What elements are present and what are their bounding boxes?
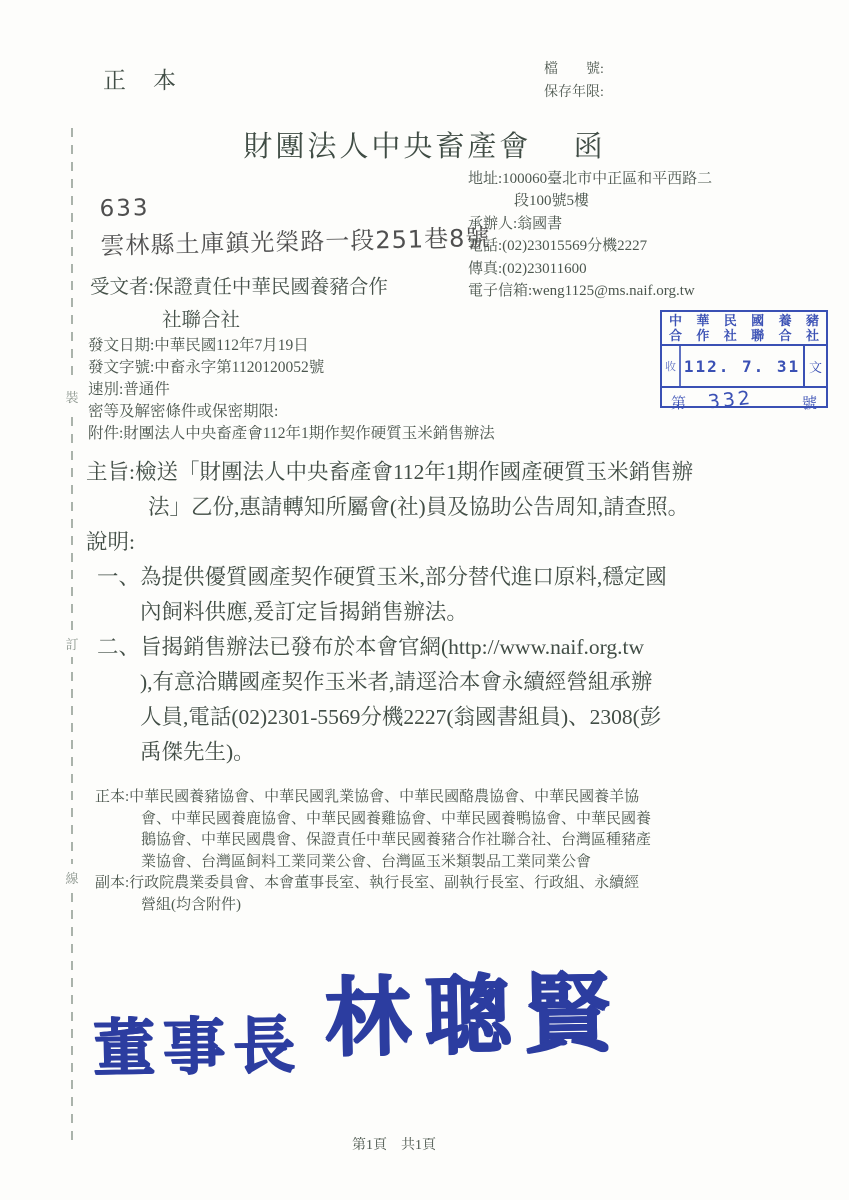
stamp-org-char: 社 [806, 329, 819, 344]
recipient-block: 受文者:保證責任中華民國養豬合作 社聯合社 [90, 271, 388, 337]
receipt-stamp: 中 華 民 國 養 豬 合 作 社 聯 合 社 收 112. 7. 31 文 第 [660, 310, 828, 408]
stamp-org-char: 聯 [751, 329, 764, 344]
attachment-note: 附件:財團法人中央畜產會112年1期作契作硬質玉米銷售辦法 [88, 423, 495, 445]
receipt-stamp-org-name: 中 華 民 國 養 豬 合 作 社 聯 合 社 [662, 312, 826, 346]
sender-info-block: 地址:100060臺北市中正區和平西路二 段100號5樓 承辦人:翁國書 電話:… [468, 168, 712, 302]
recipient-line1: 受文者:保證責任中華民國養豬合作 [90, 271, 388, 304]
sender-email: 電子信箱:weng1125@ms.naif.org.tw [468, 280, 712, 302]
subject-line: 主旨:檢送「財團法人中央畜產會112年1期作國產硬質玉米銷售辦 [86, 455, 786, 490]
stamp-org-char: 豬 [806, 314, 819, 329]
stamp-org-char: 作 [696, 329, 709, 344]
reference-number: 發文字號:中畜永字第1120120052號 [88, 357, 495, 379]
distribution-list: 正本:中華民國養豬協會、中華民國乳業協會、中華民國酪農協會、中華民國養羊協 會、… [95, 787, 651, 916]
stamp-receive-char: 收 [662, 346, 681, 386]
copy-recipients-line: 營組(均含附件) [95, 895, 651, 917]
priority-level: 速別:普通件 [88, 379, 495, 401]
letter-body: 主旨:檢送「財團法人中央畜產會112年1期作國產硬質玉米銷售辦 法」乙份,惠請轉… [86, 455, 786, 770]
binding-char-zhuang: 裝 [63, 383, 81, 410]
file-number-label: 檔 號: [544, 58, 604, 81]
file-number-block: 檔 號: 保存年限: [544, 58, 604, 104]
retention-period-label: 保存年限: [544, 81, 604, 104]
serial-prefix: 第 [671, 392, 686, 413]
document-title: 財團法人中央畜產會 函 [0, 124, 849, 165]
issue-date: 發文日期:中華民國112年7月19日 [88, 335, 495, 357]
sender-address-line2: 段100號5樓 [468, 190, 712, 212]
stamp-org-char: 民 [724, 314, 737, 329]
document-meta-block: 發文日期:中華民國112年7月19日 發文字號:中畜永字第1120120052號… [88, 335, 495, 445]
serial-number: 332 [707, 387, 754, 414]
stamp-org-char: 國 [751, 314, 764, 329]
signature-name: 林聰賢 [323, 965, 625, 1066]
serial-suffix: 號 [802, 392, 817, 413]
original-recipients-line: 業協會、台灣區飼料工業同業公會、台灣區玉米類製品工業同業公會 [95, 852, 651, 874]
binding-char-ding: 訂 [63, 630, 81, 657]
scanned-official-letter: 正 本 檔 號: 保存年限: 財團法人中央畜產會 函 地址:100060臺北市中… [0, 0, 849, 1200]
stamp-org-char: 社 [724, 329, 737, 344]
recipient-line2: 社聯合社 [90, 304, 388, 337]
stamp-org-char: 中 [669, 314, 682, 329]
original-recipients-line: 鵝協會、中華民國農會、保證責任中華民國養豬合作社聯合社、台灣區種豬產 [95, 830, 651, 852]
copy-recipients-line: 副本:行政院農業委員會、本會董事長室、執行長室、副執行長室、行政組、永續經 [95, 873, 651, 895]
explanation-item2-line: 人員,電話(02)2301-5569分機2227(翁國書組員)、2308(彭 [86, 700, 786, 735]
sender-contact-person: 承辦人:翁國書 [468, 213, 712, 235]
signature-job-title: 董事長 [92, 1012, 303, 1084]
original-recipients-line: 正本:中華民國養豬協會、中華民國乳業協會、中華民國酪農協會、中華民國養羊協 [95, 787, 651, 809]
original-recipients-line: 會、中華民國養鹿協會、中華民國養雞協會、中華民國養鴨協會、中華民國養 [95, 809, 651, 831]
handwritten-postal-code: 633 [99, 188, 490, 222]
receipt-stamp-date: 112. 7. 31 [681, 346, 803, 386]
stamp-document-char: 文 [803, 346, 826, 386]
receipt-stamp-date-row: 收 112. 7. 31 文 [662, 346, 826, 388]
explanation-item1-line: 內飼料供應,爰訂定旨揭銷售辦法。 [86, 595, 786, 630]
stamp-org-char: 合 [779, 329, 792, 344]
page-number-footer: 第1頁 共1頁 [352, 1134, 436, 1154]
signature-stamp: 董事長 林聰賢 [91, 943, 625, 1076]
explanation-item2-line: 禹傑先生)。 [86, 735, 786, 770]
stamp-org-char: 養 [779, 314, 792, 329]
sender-phone: 電話:(02)23015569分機2227 [468, 235, 712, 257]
explanation-item1-line: 一、為提供優質國產契作硬質玉米,部分替代進口原料,穩定國 [86, 560, 786, 595]
sender-address-line1: 地址:100060臺北市中正區和平西路二 [468, 168, 712, 190]
handwritten-address: 雲林縣土庫鎮光榮路一段251巷8號 [100, 218, 491, 261]
explanation-item2-line: 二、旨揭銷售辦法已發布於本會官網(http://www.naif.org.tw [86, 630, 786, 665]
handwritten-note: 633 雲林縣土庫鎮光榮路一段251巷8號 [99, 188, 490, 261]
copy-type-label: 正 本 [103, 62, 178, 95]
explanation-heading: 說明: [86, 525, 786, 560]
explanation-item2-line: ),有意洽購國產契作玉米者,請逕洽本會永續經營組承辦 [86, 665, 786, 700]
stamp-org-char: 合 [669, 329, 682, 344]
binding-char-xian: 線 [63, 864, 81, 891]
receipt-stamp-serial-row: 第 332 號 [662, 388, 826, 416]
security-classification: 密等及解密條件或保密期限: [88, 401, 495, 423]
stamp-org-char: 華 [696, 314, 709, 329]
subject-line: 法」乙份,惠請轉知所屬會(社)員及協助公告周知,請查照。 [86, 490, 786, 525]
sender-fax: 傳真:(02)23011600 [468, 258, 712, 280]
